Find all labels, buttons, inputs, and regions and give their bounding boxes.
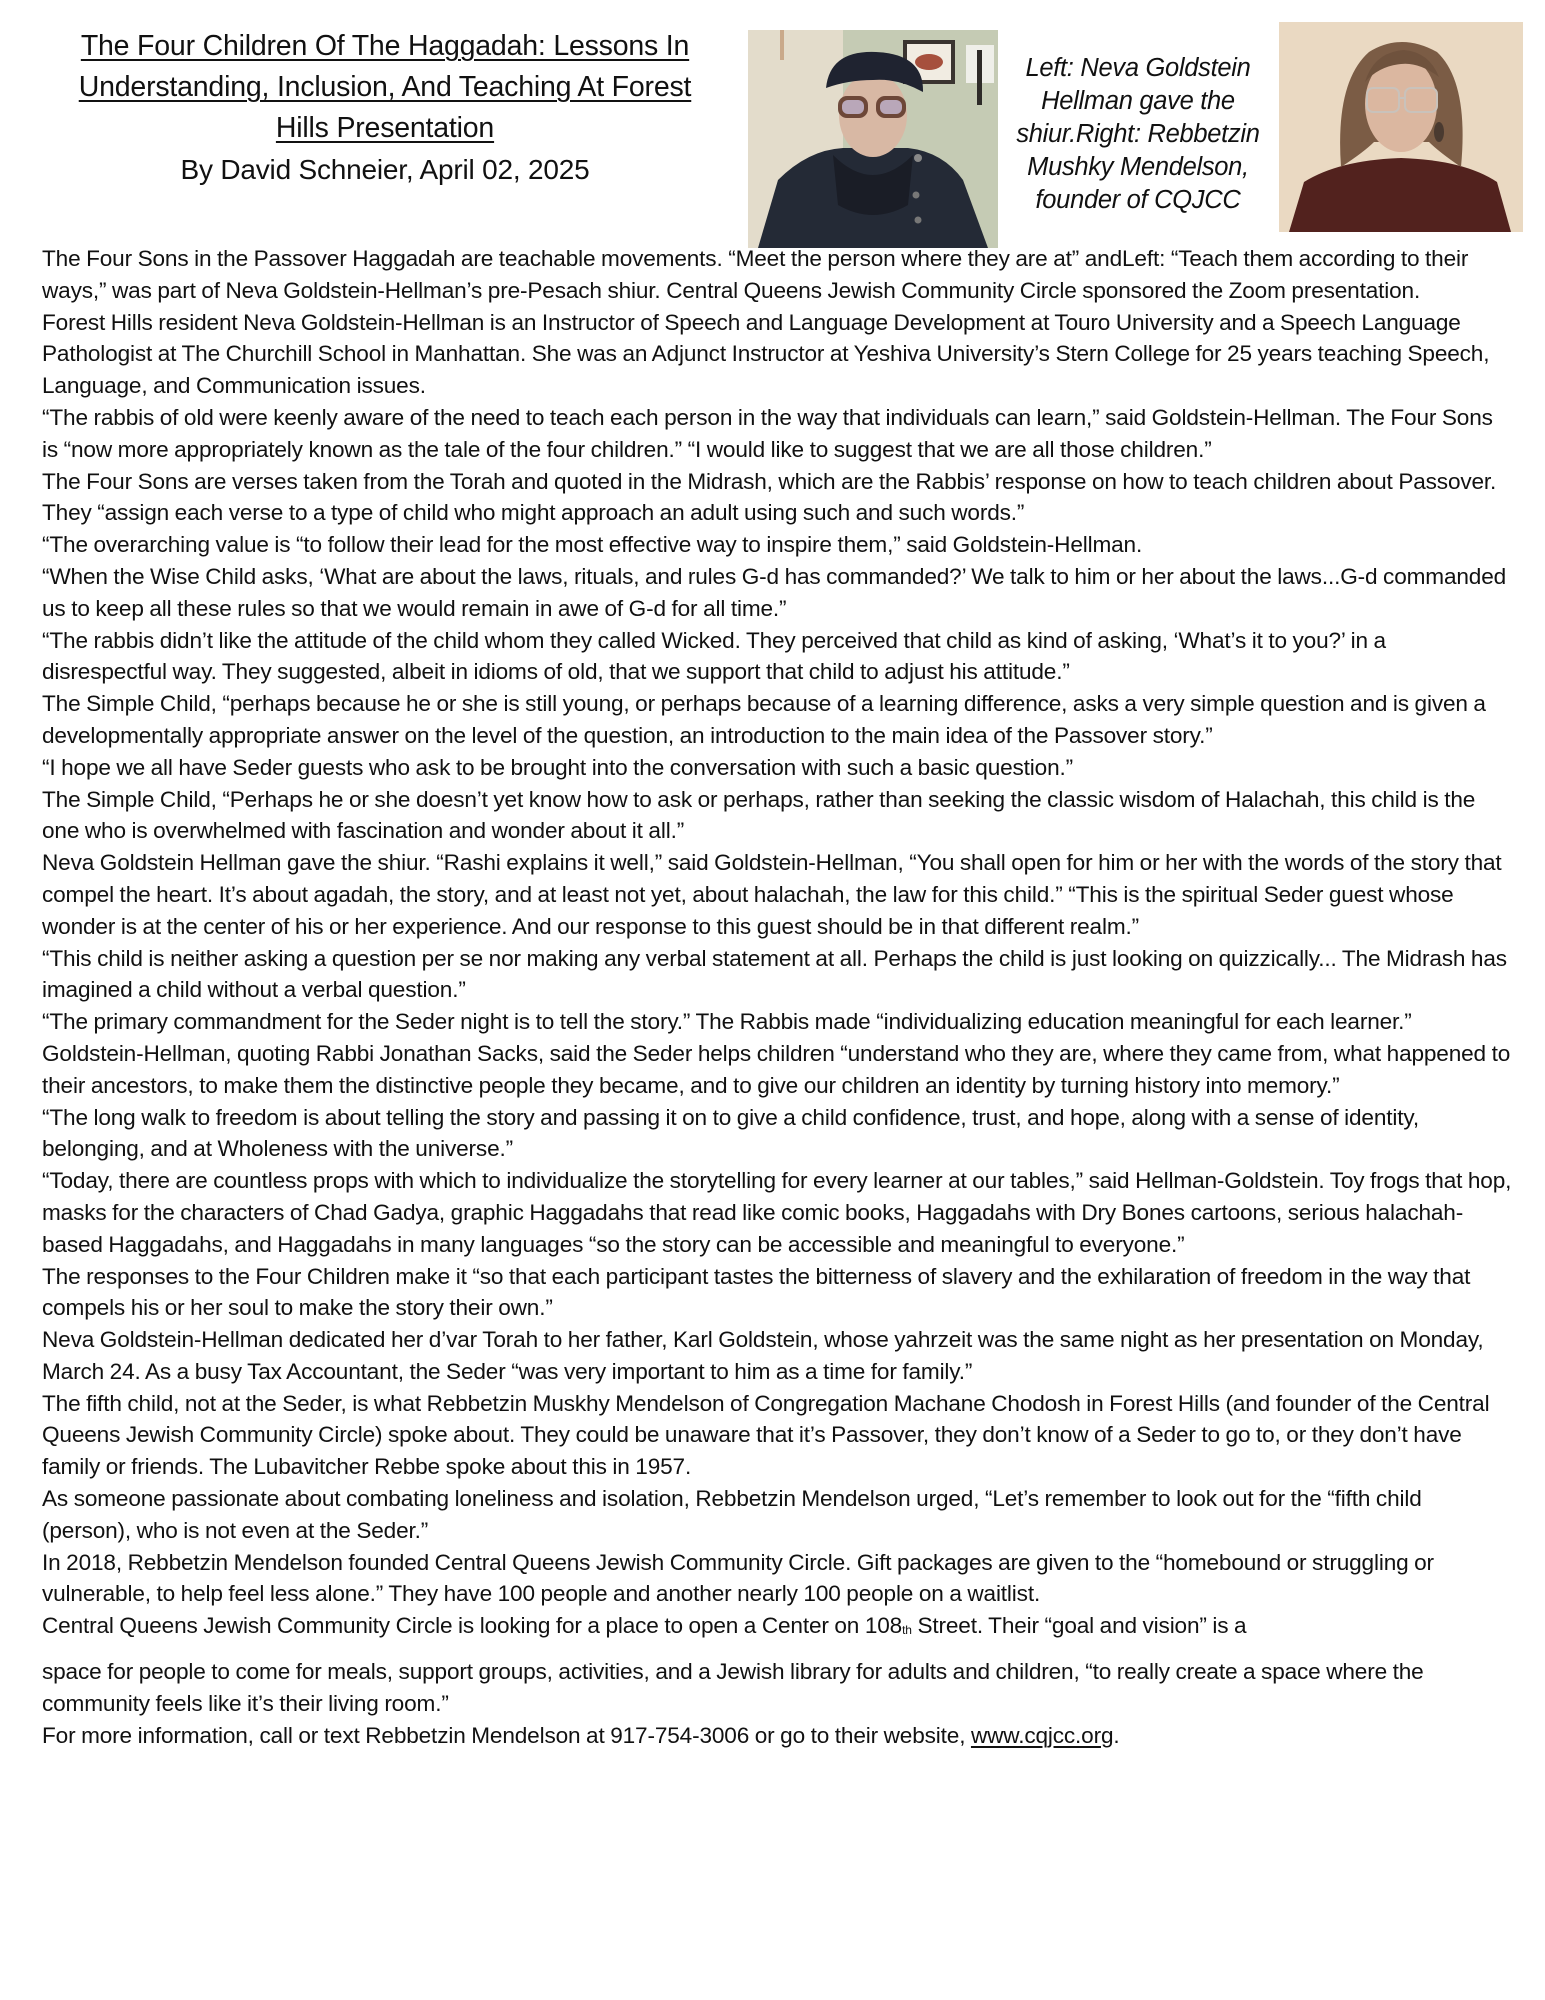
- photo-caption: Left: Neva Goldstein Hellman gave the sh…: [1000, 52, 1276, 217]
- article-body: The Four Sons in the Passover Haggadah a…: [42, 243, 1512, 1751]
- photo-neva-goldstein-hellman: [748, 30, 998, 248]
- paragraph: space for people to come for meals, supp…: [42, 1656, 1512, 1720]
- paragraph: “The overarching value is “to follow the…: [42, 529, 1512, 561]
- paragraph: “The long walk to freedom is about telli…: [42, 1102, 1512, 1166]
- paragraph: The Four Sons in the Passover Haggadah a…: [42, 243, 1512, 307]
- paragraph: The fifth child, not at the Seder, is wh…: [42, 1388, 1512, 1483]
- paragraph-center-plans: Central Queens Jewish Community Circle i…: [42, 1610, 1512, 1647]
- photo-mushky-mendelson: [1279, 22, 1523, 232]
- paragraph: “I hope we all have Seder guests who ask…: [42, 752, 1512, 784]
- paragraph: “When the Wise Child asks, ‘What are abo…: [42, 561, 1512, 625]
- byline: By David Schneier, April 02, 2025: [20, 149, 750, 191]
- contact-paragraph: For more information, call or text Rebbe…: [42, 1720, 1512, 1752]
- center-text-cont: Street. Their “goal and vision” is a: [912, 1613, 1247, 1638]
- title-line: The Four Children Of The Haggadah: Lesso…: [81, 30, 689, 62]
- paragraph: The Simple Child, “Perhaps he or she doe…: [42, 784, 1512, 848]
- article-header: The Four Children Of The Haggadah: Lesso…: [20, 26, 750, 191]
- paragraph: Forest Hills resident Neva Goldstein-Hel…: [42, 307, 1512, 402]
- paragraph: Neva Goldstein Hellman gave the shiur. “…: [42, 847, 1512, 942]
- paragraph: The Four Sons are verses taken from the …: [42, 466, 1512, 530]
- paragraph: The Simple Child, “perhaps because he or…: [42, 688, 1512, 752]
- title-line: Understanding, Inclusion, And Teaching A…: [79, 71, 692, 103]
- paragraph: Goldstein-Hellman, quoting Rabbi Jonatha…: [42, 1038, 1512, 1102]
- paragraph: “This child is neither asking a question…: [42, 943, 1512, 1007]
- portrait-illustration: [1279, 22, 1523, 232]
- paragraph: As someone passionate about combating lo…: [42, 1483, 1512, 1547]
- paragraph: “The rabbis didn’t like the attitude of …: [42, 625, 1512, 689]
- paragraph: The responses to the Four Children make …: [42, 1261, 1512, 1325]
- ordinal-suffix: th: [902, 1623, 912, 1637]
- portrait-illustration: [748, 30, 998, 248]
- paragraph: In 2018, Rebbetzin Mendelson founded Cen…: [42, 1547, 1512, 1611]
- contact-text: For more information, call or text Rebbe…: [42, 1723, 971, 1748]
- article-title: The Four Children Of The Haggadah: Lesso…: [20, 26, 750, 149]
- title-line: Hills Presentation: [276, 112, 494, 144]
- paragraph: “The primary commandment for the Seder n…: [42, 1006, 1512, 1038]
- paragraph: “The rabbis of old were keenly aware of …: [42, 402, 1512, 466]
- website-link[interactable]: www.cqjcc.org: [971, 1723, 1113, 1748]
- center-text: Central Queens Jewish Community Circle i…: [42, 1613, 902, 1638]
- paragraph: “Today, there are countless props with w…: [42, 1165, 1512, 1260]
- contact-trailing: .: [1113, 1723, 1119, 1748]
- paragraph: Neva Goldstein-Hellman dedicated her d’v…: [42, 1324, 1512, 1388]
